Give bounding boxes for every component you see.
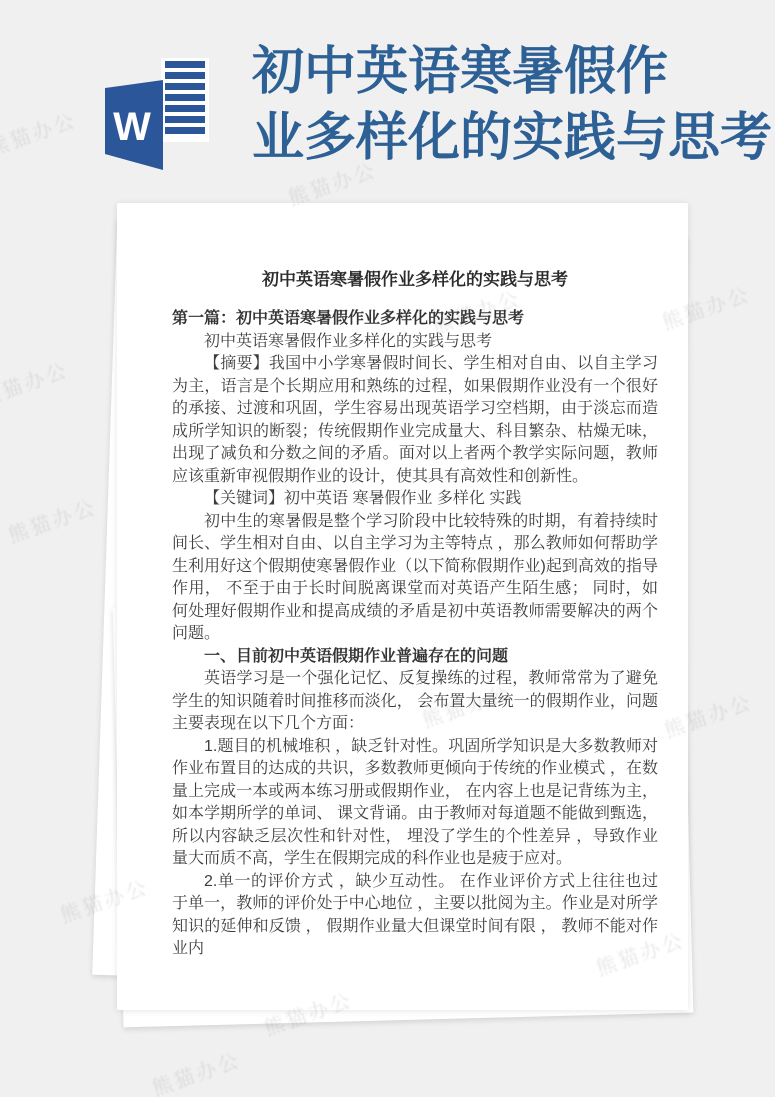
document-paragraph-keywords: 【关键词】初中英语 寒暑假作业 多样化 实践 (172, 488, 658, 511)
page-title-line-1: 初中英语寒暑假作 (252, 40, 772, 106)
document-paragraph-subtitle: 初中英语寒暑假作业多样化的实践与思考 (172, 331, 658, 354)
page-root: W 初中英语寒暑假作 业多样化的实践与思考 初中英语寒暑假作业多样化的实践与思考… (0, 0, 775, 1097)
document-paragraph-body-1: 英语学习是一个强化记忆、反复操练的过程，教师常常为了避免学生的知识随着时间推移而… (172, 668, 658, 736)
watermark: 熊猫办公 (4, 491, 100, 548)
word-icon: W (101, 58, 213, 173)
document-heading-1: 一、目前初中英语假期作业普遍存在的问题 (172, 646, 658, 669)
watermark: 熊猫办公 (148, 1044, 244, 1097)
document-paragraph-body-2: 1.题目的机械堆积 ，缺乏针对性。巩固所学知识是大多数教师对作业布置目的达成的共… (172, 736, 658, 871)
page-title: 初中英语寒暑假作 业多样化的实践与思考 (252, 40, 772, 172)
word-icon-page (161, 58, 209, 142)
page-title-line-2: 业多样化的实践与思考 (252, 106, 772, 172)
header: W 初中英语寒暑假作 业多样化的实践与思考 (0, 0, 775, 203)
word-icon-cover: W (105, 80, 163, 170)
document-paragraph-body-3: 2.单一的评价方式 ，缺少互动性。 在作业评价方式上往往也过于单一，教师的评价处… (172, 871, 658, 961)
watermark: 熊猫办公 (0, 354, 72, 411)
document-title: 初中英语寒暑假作业多样化的实践与思考 (172, 269, 658, 291)
word-icon-letter: W (113, 105, 151, 149)
document-paragraph-intro: 初中生的寒暑假是整个学习阶段中比较特殊的时期，有着持续时间长、学生相对自由、以自… (172, 511, 658, 646)
document-page: 初中英语寒暑假作业多样化的实践与思考 第一篇：初中英语寒暑假作业多样化的实践与思… (117, 203, 688, 1010)
document-paragraph-abstract: 【摘要】我国中小学寒暑假时间长、学生相对自由、以自主学习为主，语言是个长期应用和… (172, 353, 658, 488)
document-paragraph-section-label: 第一篇：初中英语寒暑假作业多样化的实践与思考 (172, 308, 658, 331)
